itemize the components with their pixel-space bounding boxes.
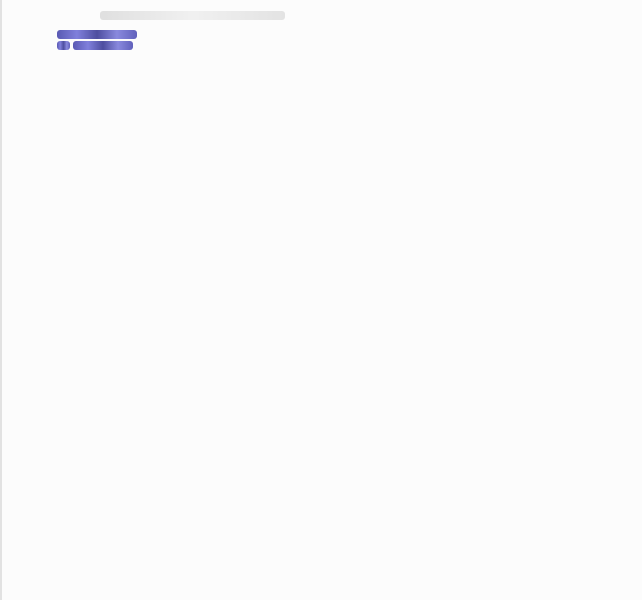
- intro-line-3: [57, 38, 625, 52]
- redacted-phone: [73, 41, 133, 50]
- document-page: [0, 0, 642, 600]
- intro-line-1: [100, 8, 625, 22]
- redacted-number: [57, 41, 70, 50]
- redacted-name: [100, 11, 285, 20]
